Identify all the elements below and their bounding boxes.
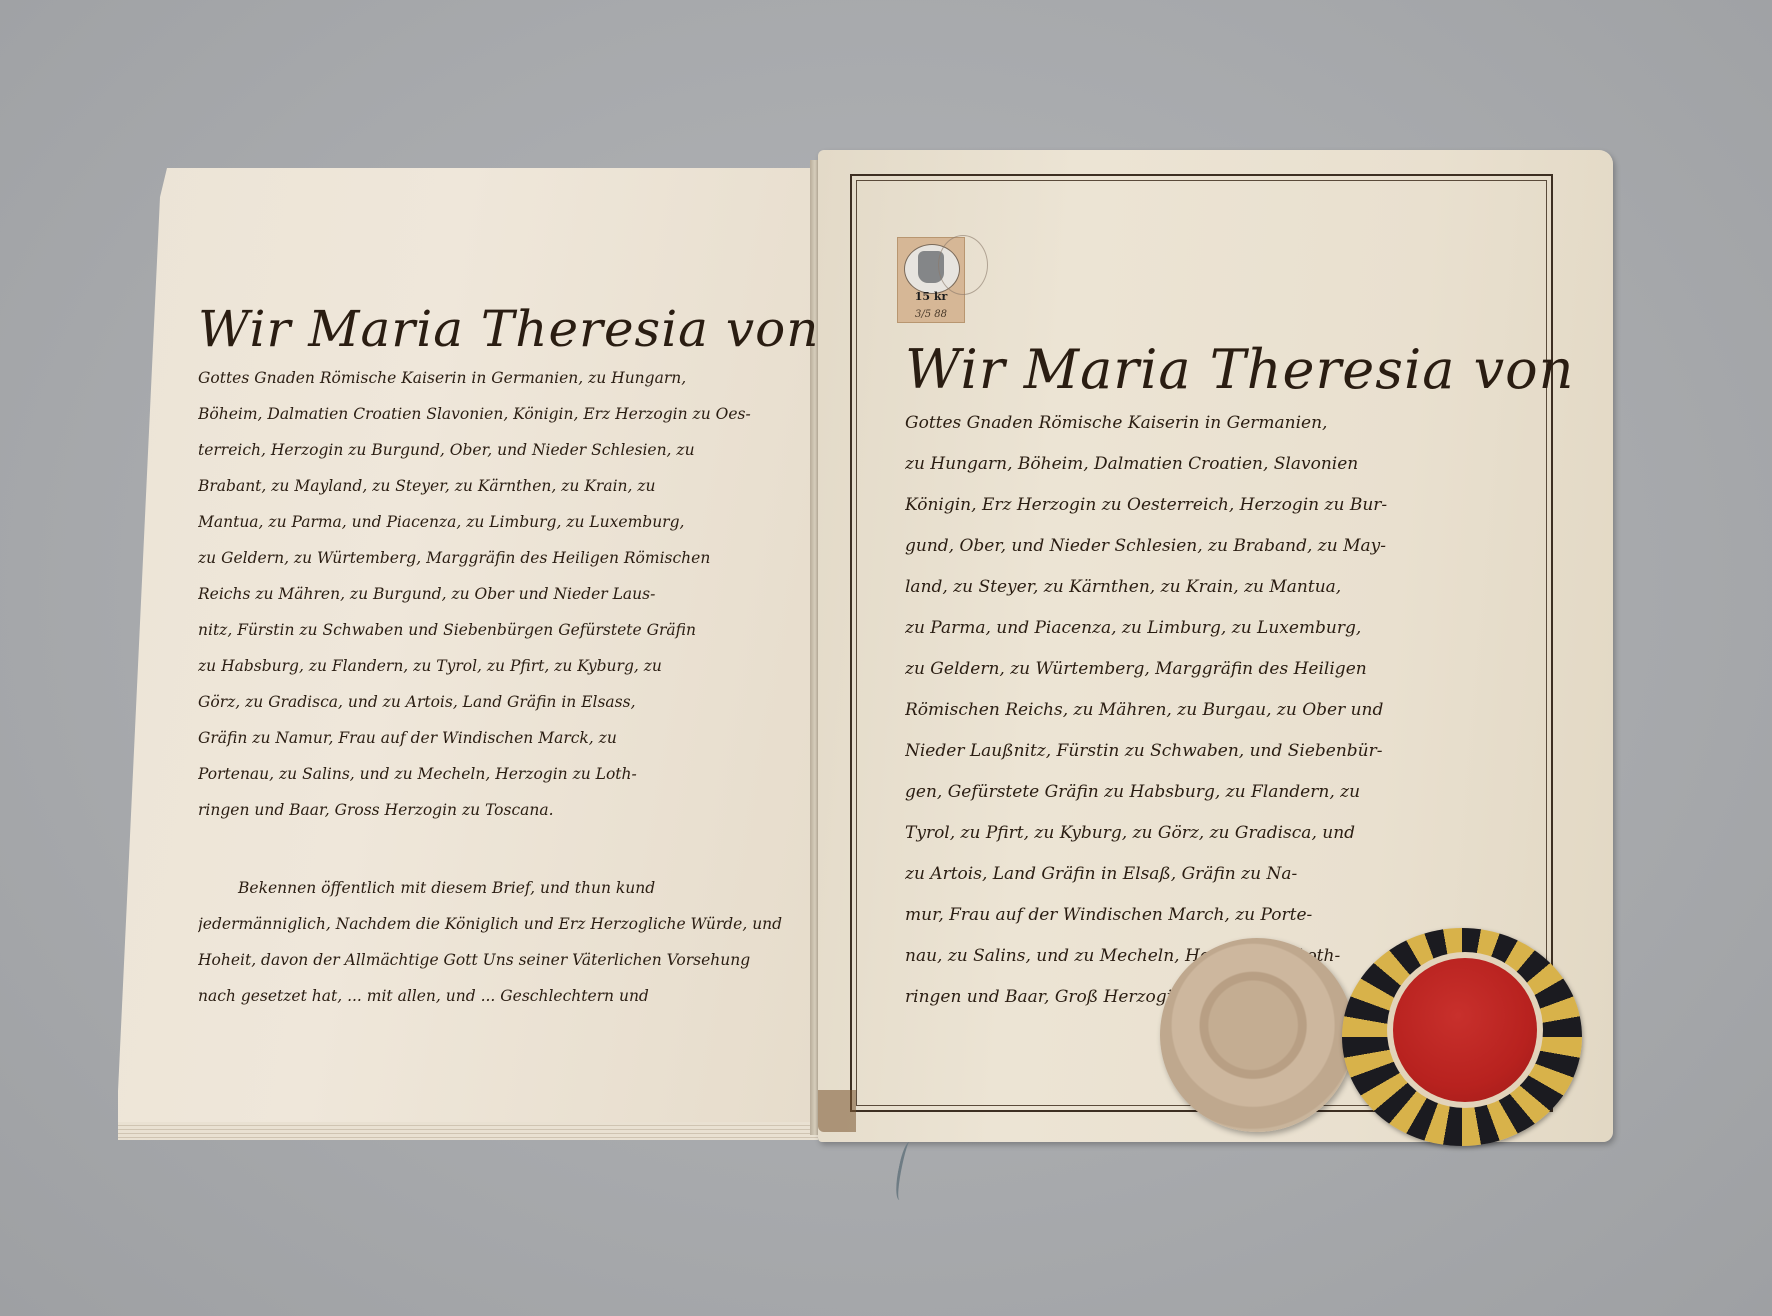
text-line: Görz, zu Gradisca, und zu Artois, Land G… bbox=[198, 684, 798, 720]
left-page-text: Wir Maria Theresia von Gottes Gnaden Röm… bbox=[198, 300, 798, 1014]
right-page-text: Wir Maria Theresia von Gottes Gnaden Röm… bbox=[905, 338, 1535, 1018]
text-line: jedermänniglich, Nachdem die Königlich u… bbox=[198, 906, 798, 942]
text-line: Gräfin zu Namur, Frau auf der Windischen… bbox=[198, 720, 798, 756]
red-wax-seal bbox=[1393, 958, 1537, 1102]
text-line: Hoheit, davon der Allmächtige Gott Uns s… bbox=[198, 942, 798, 978]
text-line: ringen und Baar, Gross Herzogin zu Tosca… bbox=[198, 792, 798, 828]
left-page-paragraph-2: Bekennen öffentlich mit diesem Brief, un… bbox=[198, 870, 798, 1014]
text-line: zu Artois, Land Gräfin in Elsaß, Gräfin … bbox=[905, 854, 1535, 895]
text-line: zu Parma, und Piacenza, zu Limburg, zu L… bbox=[905, 608, 1535, 649]
text-line: land, zu Steyer, zu Kärnthen, zu Krain, … bbox=[905, 567, 1535, 608]
text-line: zu Geldern, zu Würtemberg, Marggräfin de… bbox=[198, 540, 798, 576]
seal-capsule-lid bbox=[1160, 938, 1354, 1132]
text-line: Reichs zu Mähren, zu Burgund, zu Ober un… bbox=[198, 576, 798, 612]
text-line: gund, Ober, und Nieder Schlesien, zu Bra… bbox=[905, 526, 1535, 567]
text-line: Brabant, zu Mayland, zu Steyer, zu Kärnt… bbox=[198, 468, 798, 504]
right-page-title: Wir Maria Theresia von bbox=[905, 338, 1535, 401]
right-page-body: Gottes Gnaden Römische Kaiserin in Germa… bbox=[905, 403, 1535, 1018]
text-line: Tyrol, zu Pfirt, zu Kyburg, zu Görz, zu … bbox=[905, 813, 1535, 854]
text-line: Nieder Laußnitz, Fürstin zu Schwaben, un… bbox=[905, 731, 1535, 772]
text-line: Gottes Gnaden Römische Kaiserin in Germa… bbox=[198, 360, 798, 396]
postmark-circle bbox=[938, 235, 988, 295]
text-line: nitz, Fürstin zu Schwaben und Siebenbürg… bbox=[198, 612, 798, 648]
text-line: Böheim, Dalmatien Croatien Slavonien, Kö… bbox=[198, 396, 798, 432]
left-page-title: Wir Maria Theresia von bbox=[198, 300, 798, 358]
text-line: Königin, Erz Herzogin zu Oesterreich, He… bbox=[905, 485, 1535, 526]
text-line: zu Hungarn, Böheim, Dalmatien Croatien, … bbox=[905, 444, 1535, 485]
page-edges bbox=[118, 1122, 818, 1140]
text-line: nach gesetzet hat, ... mit allen, und ..… bbox=[198, 978, 798, 1014]
text-line: zu Habsburg, zu Flandern, zu Tyrol, zu P… bbox=[198, 648, 798, 684]
left-page-body: Gottes Gnaden Römische Kaiserin in Germa… bbox=[198, 360, 798, 828]
text-line: Bekennen öffentlich mit diesem Brief, un… bbox=[198, 870, 798, 906]
corner-stain bbox=[818, 1090, 856, 1132]
text-line: terreich, Herzogin zu Burgund, Ober, und… bbox=[198, 432, 798, 468]
text-line: gen, Gefürstete Gräfin zu Habsburg, zu F… bbox=[905, 772, 1535, 813]
text-line: zu Geldern, zu Würtemberg, Marggräfin de… bbox=[905, 649, 1535, 690]
text-line: Römischen Reichs, zu Mähren, zu Burgau, … bbox=[905, 690, 1535, 731]
stamp-date: 3/5 88 bbox=[898, 309, 964, 320]
text-line: Mantua, zu Parma, und Piacenza, zu Limbu… bbox=[198, 504, 798, 540]
text-line: Portenau, zu Salins, und zu Mecheln, Her… bbox=[198, 756, 798, 792]
text-line: Gottes Gnaden Römische Kaiserin in Germa… bbox=[905, 403, 1535, 444]
